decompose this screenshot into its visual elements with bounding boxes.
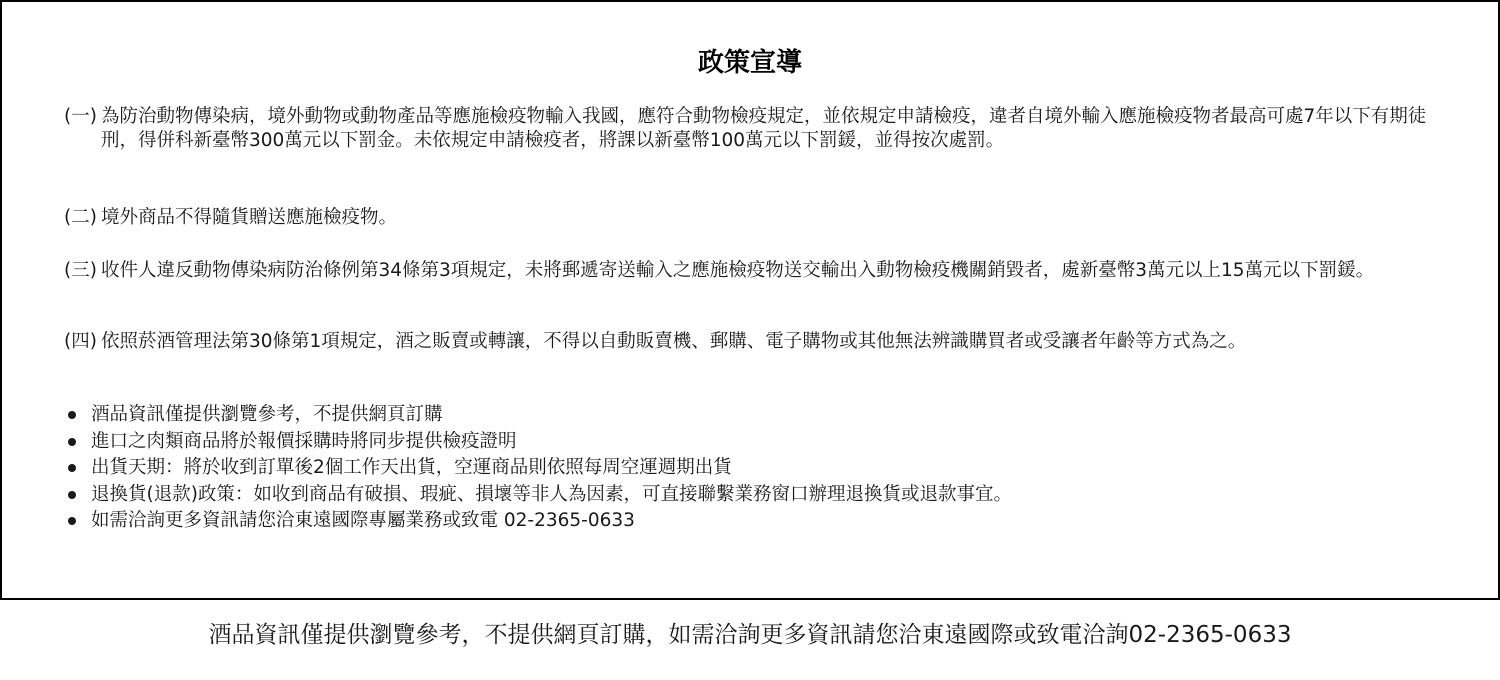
policy-title: 政策宣導 bbox=[2, 46, 1498, 80]
policy-notice-box: 政策宣導 (一) 為防治動物傳染病，境外動物或動物產品等應施檢疫物輸入我國，應符… bbox=[0, 0, 1500, 600]
bullet-text: 退換貨(退款)政策：如收到商品有破損、瑕疵、損壞等非人為因素，可直接聯繫業務窗口… bbox=[91, 482, 1012, 509]
list-item: 出貨天期：將於收到訂單後2個工作天出貨，空運商品則依照每周空運週期出貨 bbox=[66, 455, 1012, 482]
list-item: 如需洽詢更多資訊請您洽東遠國際專屬業務或致電 02-2365-0633 bbox=[66, 508, 1012, 535]
list-item: 退換貨(退款)政策：如收到商品有破損、瑕疵、損壞等非人為因素，可直接聯繫業務窗口… bbox=[66, 482, 1012, 509]
clause-marker: (三) bbox=[64, 259, 97, 283]
list-item: 酒品資訊僅提供瀏覽參考，不提供網頁訂購 bbox=[66, 402, 1012, 429]
bullet-icon bbox=[68, 411, 76, 419]
bullet-text: 進口之肉類商品將於報價採購時將同步提供檢疫證明 bbox=[91, 429, 517, 456]
bullet-icon bbox=[68, 464, 76, 472]
policy-clause-3: (三) 收件人違反動物傳染病防治條例第34條第3項規定，未將郵遞寄送輸入之應施檢… bbox=[64, 259, 1441, 283]
bullet-icon bbox=[68, 517, 76, 525]
policy-bullet-list: 酒品資訊僅提供瀏覽參考，不提供網頁訂購 進口之肉類商品將於報價採購時將同步提供檢… bbox=[66, 402, 1012, 535]
clause-text: 境外商品不得隨貨贈送應施檢疫物。 bbox=[97, 206, 397, 230]
policy-clause-2: (二) 境外商品不得隨貨贈送應施檢疫物。 bbox=[64, 206, 397, 230]
bullet-text: 如需洽詢更多資訊請您洽東遠國際專屬業務或致電 02-2365-0633 bbox=[91, 508, 635, 535]
policy-clause-1: (一) 為防治動物傳染病，境外動物或動物產品等應施檢疫物輸入我國，應符合動物檢疫… bbox=[64, 105, 1441, 153]
clause-text: 依照菸酒管理法第30條第1項規定，酒之販賣或轉讓，不得以自動販賣機、郵購、電子購… bbox=[97, 330, 1441, 354]
policy-clause-4: (四) 依照菸酒管理法第30條第1項規定，酒之販賣或轉讓，不得以自動販賣機、郵購… bbox=[64, 330, 1441, 354]
clause-text: 收件人違反動物傳染病防治條例第34條第3項規定，未將郵遞寄送輸入之應施檢疫物送交… bbox=[97, 259, 1441, 283]
list-item: 進口之肉類商品將於報價採購時將同步提供檢疫證明 bbox=[66, 429, 1012, 456]
clause-marker: (四) bbox=[64, 330, 97, 354]
bullet-text: 酒品資訊僅提供瀏覽參考，不提供網頁訂購 bbox=[91, 402, 443, 429]
bullet-icon bbox=[68, 491, 76, 499]
footer-contact-note: 酒品資訊僅提供瀏覽參考，不提供網頁訂購，如需洽詢更多資訊請您洽東遠國際或致電洽詢… bbox=[0, 618, 1500, 652]
clause-marker: (二) bbox=[64, 206, 97, 230]
clause-marker: (一) bbox=[64, 105, 97, 153]
bullet-text: 出貨天期：將於收到訂單後2個工作天出貨，空運商品則依照每周空運週期出貨 bbox=[91, 455, 732, 482]
bullet-icon bbox=[68, 438, 76, 446]
clause-text: 為防治動物傳染病，境外動物或動物產品等應施檢疫物輸入我國，應符合動物檢疫規定，並… bbox=[97, 105, 1441, 153]
